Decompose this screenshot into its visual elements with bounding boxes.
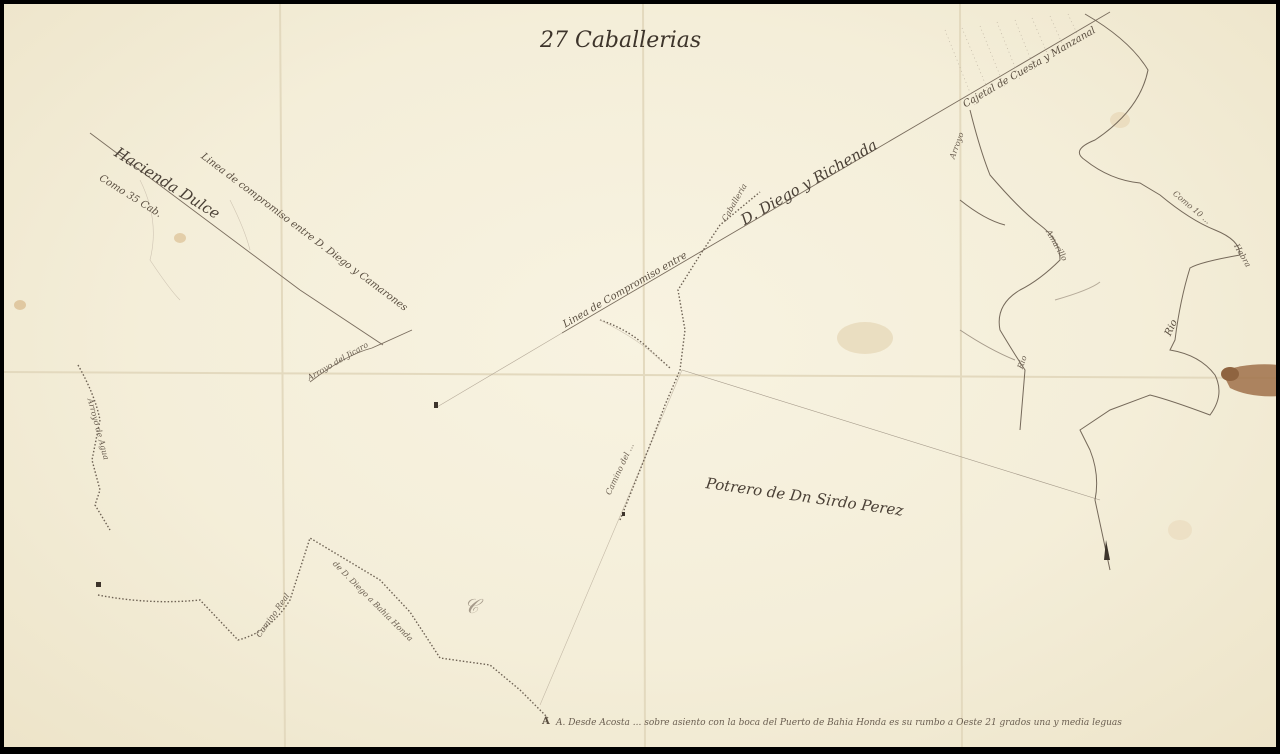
fold-lines <box>4 4 1276 747</box>
hatching <box>945 14 1080 105</box>
boundary-lines <box>90 12 1110 705</box>
manuscript-map: 27 Caballerias Hacienda Dulce Como 35 Ca… <box>4 4 1276 747</box>
map-title: 27 Caballerias <box>540 28 701 53</box>
pencil-mark-label: 𝒞 <box>464 594 479 618</box>
footnote: A. Desde Acosta ... sobre asiento con la… <box>556 718 1122 728</box>
map-linework <box>4 4 1276 747</box>
marker-a-label: A <box>542 716 550 727</box>
markers <box>96 402 1110 587</box>
rivers <box>960 14 1240 570</box>
